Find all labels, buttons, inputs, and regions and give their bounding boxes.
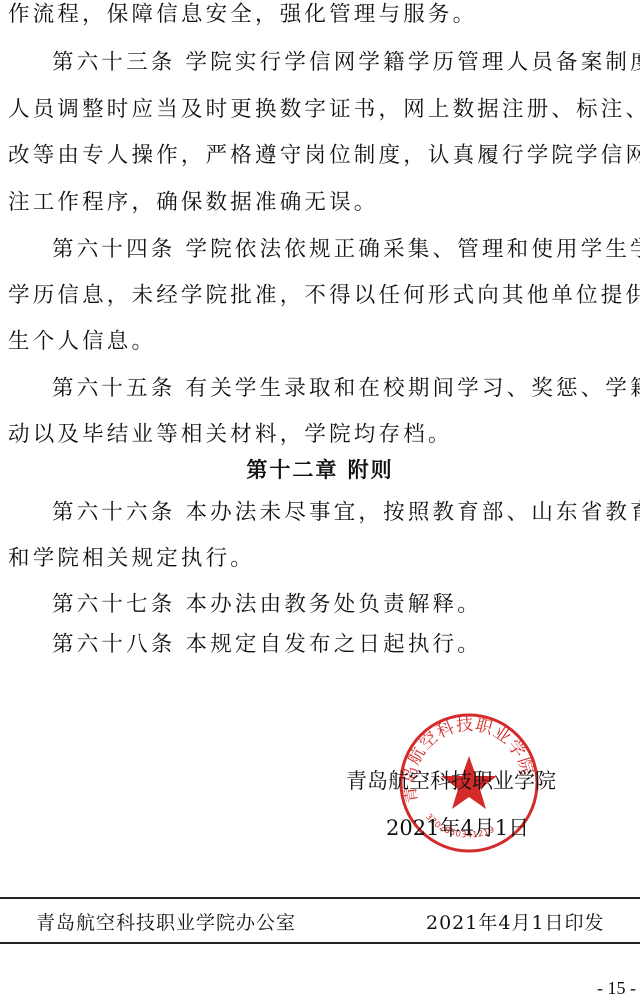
footer-top-rule bbox=[0, 897, 640, 899]
article-64-line: 第六十四条 学院依法依规正确采集、管理和使用学生学籍 bbox=[52, 237, 640, 263]
signature-institution: 青岛航空科技职业学院 bbox=[346, 765, 556, 795]
paragraph-line: 注工作程序，确保数据准确无误。 bbox=[8, 190, 379, 216]
article-68-line: 第六十八条 本规定自发布之日起执行。 bbox=[52, 632, 482, 658]
paragraph-line: 动以及毕结业等相关材料，学院均存档。 bbox=[8, 422, 453, 448]
chapter-heading: 第十二章 附则 bbox=[0, 454, 640, 484]
article-67-line: 第六十七条 本办法由教务处负责解释。 bbox=[52, 592, 482, 618]
paragraph-line: 作流程，保障信息安全，强化管理与服务。 bbox=[8, 2, 477, 28]
article-65-line: 第六十五条 有关学生录取和在校期间学习、奖惩、学籍异 bbox=[52, 376, 640, 402]
paragraph-line: 改等由专人操作，严格遵守岗位制度，认真履行学院学信网标 bbox=[8, 143, 640, 169]
footer-issue-date: 2021年4月1日印发 bbox=[426, 908, 605, 935]
paragraph-line: 人员调整时应当及时更换数字证书，网上数据注册、标注、修 bbox=[8, 97, 640, 123]
paragraph-line: 和学院相关规定执行。 bbox=[8, 546, 255, 572]
page-number: - 15 - bbox=[597, 978, 636, 999]
article-66-line: 第六十六条 本办法未尽事宜，按照教育部、山东省教育厅 bbox=[52, 500, 640, 526]
paragraph-line: 学历信息，未经学院批准，不得以任何形式向其他单位提供学 bbox=[8, 283, 640, 309]
footer-bottom-rule bbox=[0, 942, 640, 944]
footer-issuer: 青岛航空科技职业学院办公室 bbox=[36, 908, 296, 935]
signature-date: 2021年4月1日 bbox=[386, 812, 529, 842]
paragraph-line: 生个人信息。 bbox=[8, 329, 156, 355]
article-63-line: 第六十三条 学院实行学信网学籍学历管理人员备案制度， bbox=[52, 50, 640, 76]
